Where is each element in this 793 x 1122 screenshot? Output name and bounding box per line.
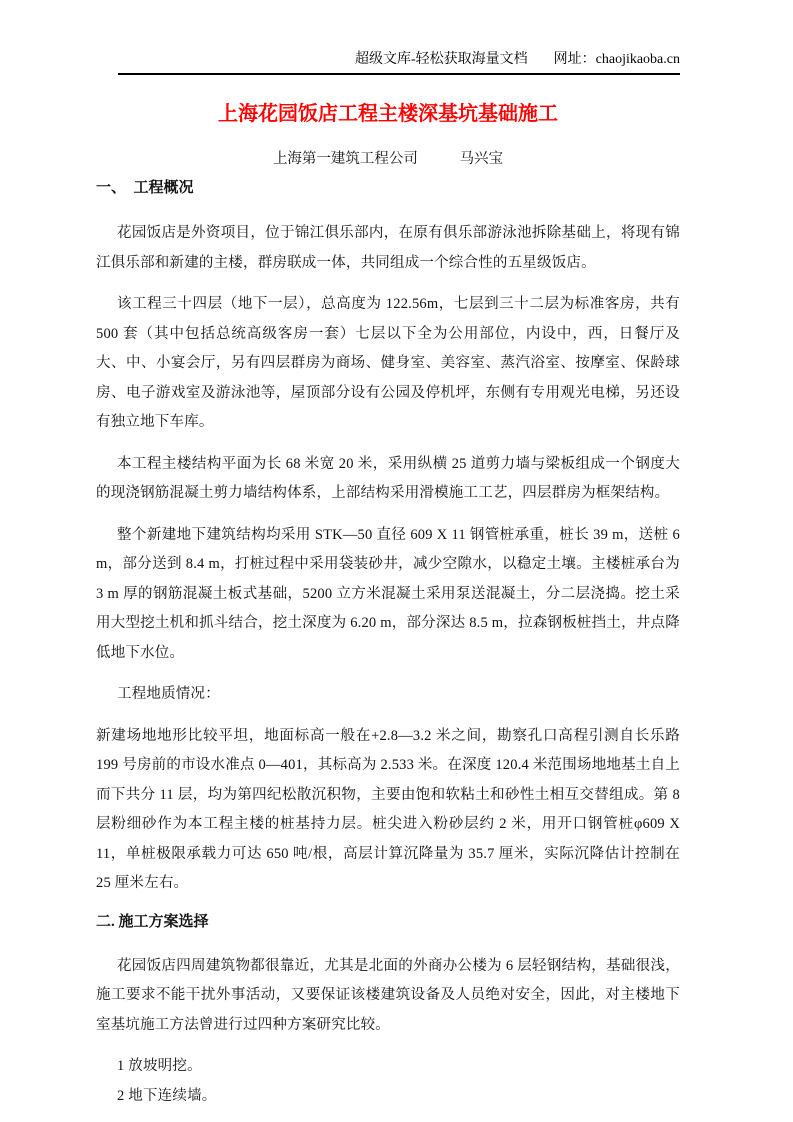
- section-heading-scheme-selection: 二. 施工方案选择: [96, 911, 680, 933]
- paragraph-geology-detail: 新建场地地形比较平坦，地面标高一般在+2.8—3.2 米之间，勘察孔口高程引测自…: [96, 722, 680, 899]
- byline-author: 马兴宝: [460, 151, 504, 167]
- paragraph-scheme-background: 花园饭店四周建筑物都很靠近，尤其是北面的外商办公楼为 6 层轻钢结构，基础很浅，…: [96, 952, 680, 1041]
- paragraph-foundation-piles: 整个新建地下建筑结构均采用 STK—50 直径 609 X 11 钢管桩承重，桩…: [96, 521, 680, 669]
- list-item-diaphragm-wall: 2 地下连续墙。: [96, 1082, 680, 1112]
- header-site-label: 超级文库-轻松获取海量文档: [355, 52, 528, 67]
- header-url-value: chaojikaoba.cn: [596, 52, 680, 67]
- section-heading-overview: 一、 工程概况: [96, 177, 680, 199]
- header-rule: [118, 73, 680, 75]
- list-item-open-excavation: 1 放坡明挖。: [96, 1052, 680, 1082]
- paragraph-building-description: 该工程三十四层（地下一层），总高度为 122.56m，七层到三十二层为标准客房，…: [96, 290, 680, 438]
- byline-company: 上海第一建筑工程公司: [273, 151, 418, 167]
- header-url: 网址：chaojikaoba.cn: [554, 52, 680, 67]
- paragraph-project-intro: 花园饭店是外资项目，位于锦江俱乐部内，在原有俱乐部游泳池拆除基础上，将现有锦江俱…: [96, 219, 680, 278]
- page-header: 超级文库-轻松获取海量文档网址：chaojikaoba.cn: [96, 0, 680, 70]
- document-title: 上海花园饭店工程主楼深基坑基础施工: [96, 100, 680, 128]
- header-url-label: 网址：: [554, 52, 596, 67]
- document-page: 超级文库-轻松获取海量文档网址：chaojikaoba.cn 上海花园饭店工程主…: [0, 0, 793, 1122]
- paragraph-geology-label: 工程地质情况：: [96, 680, 680, 710]
- paragraph-structure-system: 本工程主楼结构平面为长 68 米宽 20 米，采用纵横 25 道剪力墙与梁板组成…: [96, 450, 680, 509]
- document-content: 超级文库-轻松获取海量文档网址：chaojikaoba.cn 上海花园饭店工程主…: [96, 0, 680, 1111]
- byline: 上海第一建筑工程公司 马兴宝: [96, 149, 680, 169]
